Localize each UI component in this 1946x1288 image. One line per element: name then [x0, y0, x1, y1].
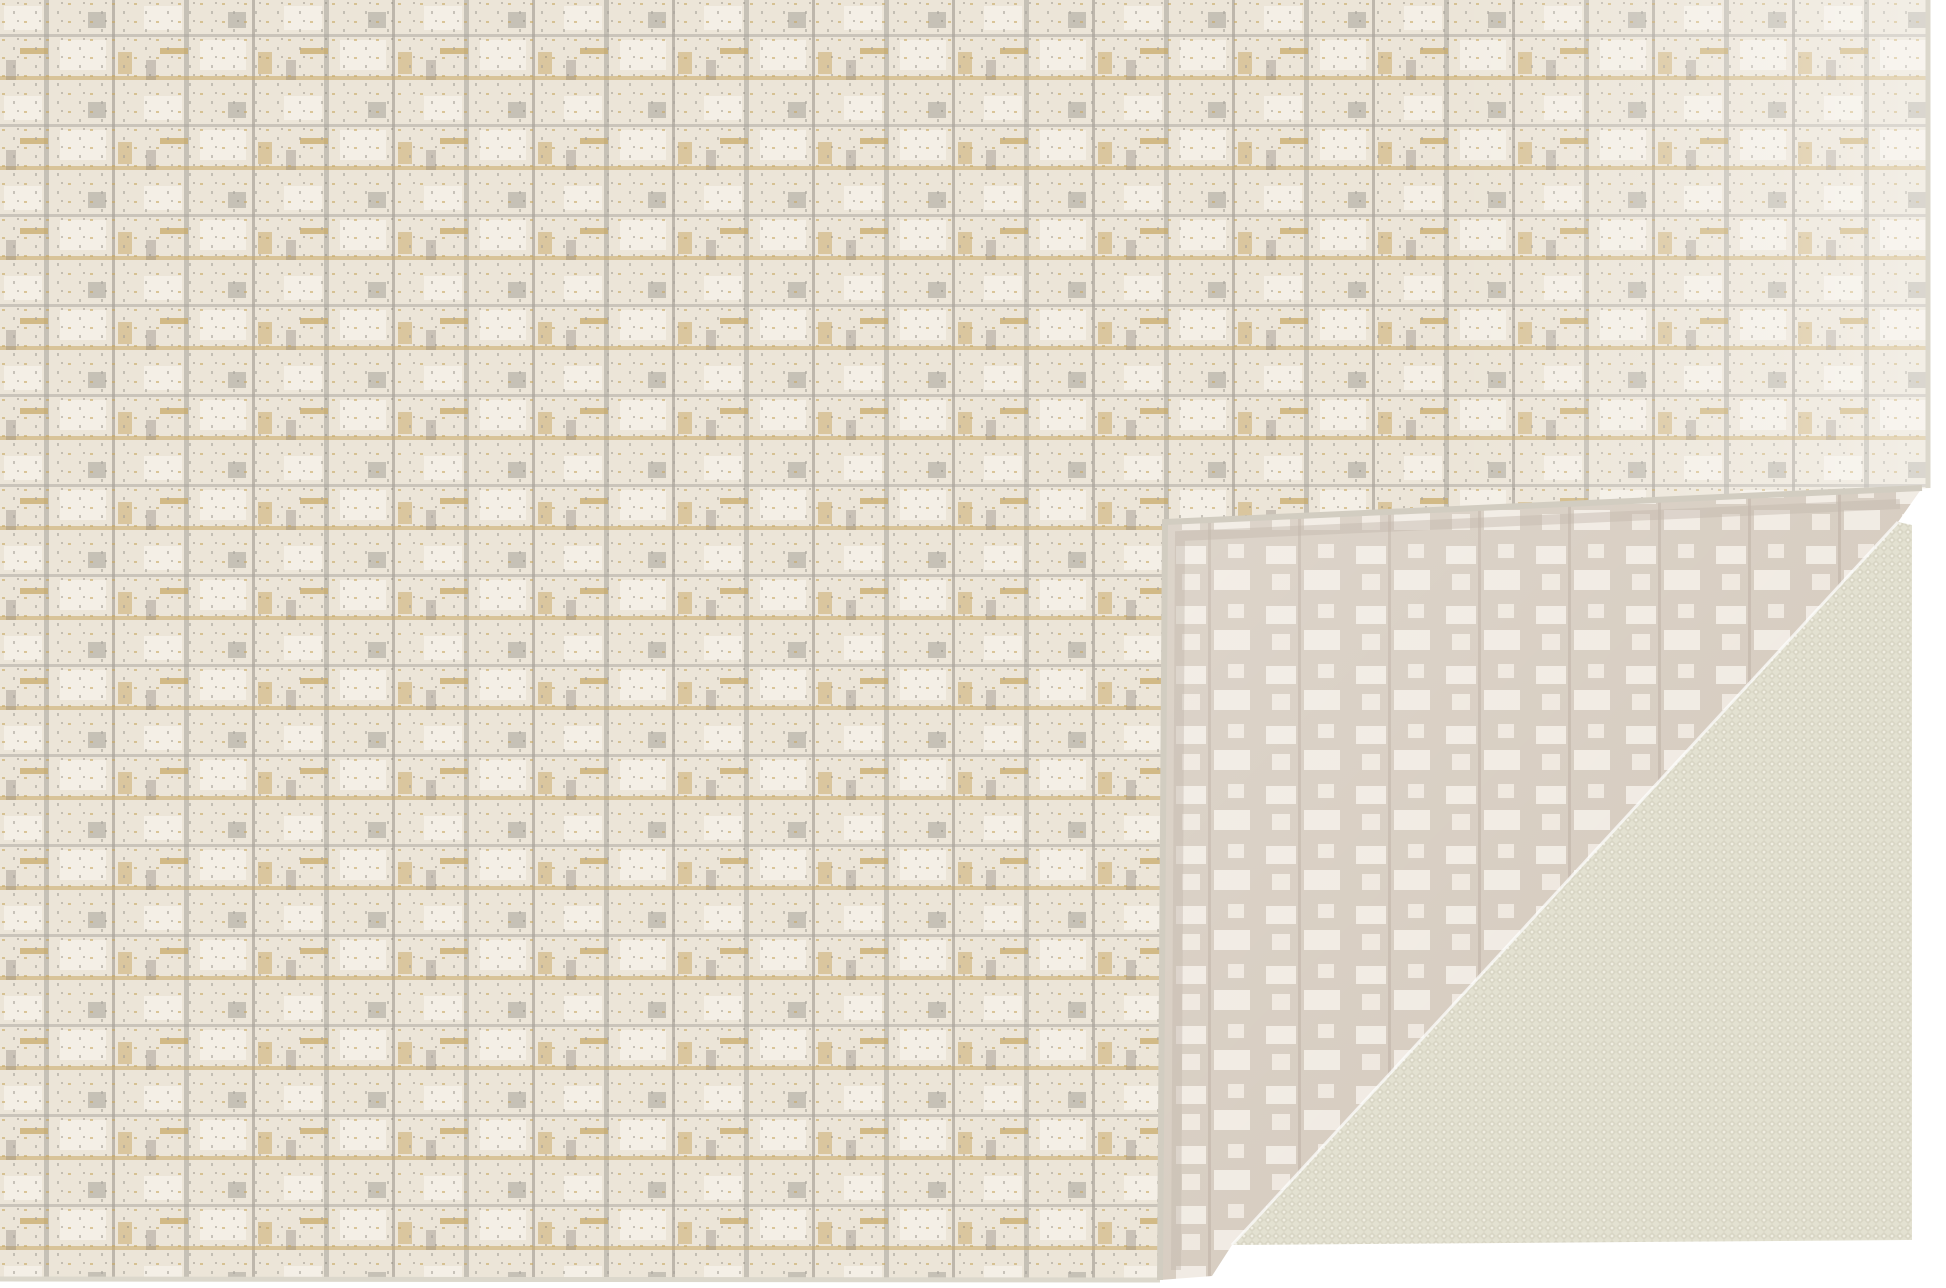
- product-photo: [0, 0, 1946, 1288]
- rug-illustration: [0, 0, 1946, 1288]
